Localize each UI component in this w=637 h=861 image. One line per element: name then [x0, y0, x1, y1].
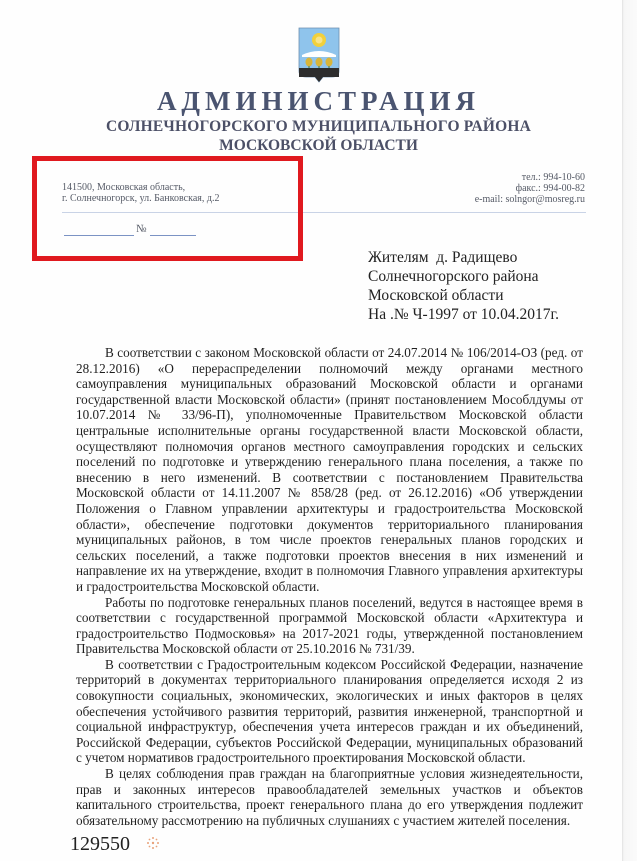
recipient-block: Жителям д. Радищево Солнечногорского рай…	[368, 248, 559, 324]
fax: факс.: 994-00-82	[475, 183, 585, 194]
letter-page: АДМИНИСТРАЦИЯ СОЛНЕЧНОГОРСКОГО МУНИЦИПАЛ…	[0, 0, 637, 861]
stamp-flower-icon	[146, 836, 160, 850]
organization-title: АДМИНИСТРАЦИЯ	[0, 86, 637, 117]
coat-of-arms-icon	[298, 27, 340, 83]
recipient-line-2: Солнечногорского района	[368, 267, 559, 286]
recipient-line-3: Московской области	[368, 286, 559, 305]
body-paragraph: Работы по подготовке генеральных планов …	[76, 595, 583, 657]
organization-region: МОСКОВСКОЙ ОБЛАСТИ	[0, 137, 637, 155]
sender-contacts: тел.: 994-10-60 факс.: 994-00-82 e-mail:…	[475, 172, 585, 205]
phone: тел.: 994-10-60	[475, 172, 585, 183]
email: e-mail: solngor@mosreg.ru	[475, 194, 585, 205]
body-paragraph: В соответствии с законом Московской обла…	[76, 345, 583, 595]
letter-body: В соответствии с законом Московской обла…	[76, 345, 583, 828]
highlight-box	[32, 156, 303, 261]
body-paragraph: В целях соблюдения прав граждан на благо…	[76, 766, 583, 828]
reference-line: На .№ Ч-1997 от 10.04.2017г.	[368, 305, 559, 324]
organization-subtitle: СОЛНЕЧНОГОРСКОГО МУНИЦИПАЛЬНОГО РАЙОНА	[0, 118, 637, 136]
body-paragraph: В соответствии с Градостроительным кодек…	[76, 657, 583, 766]
recipient-line-1: Жителям д. Радищево	[368, 248, 559, 267]
form-number: 129550	[70, 833, 130, 856]
